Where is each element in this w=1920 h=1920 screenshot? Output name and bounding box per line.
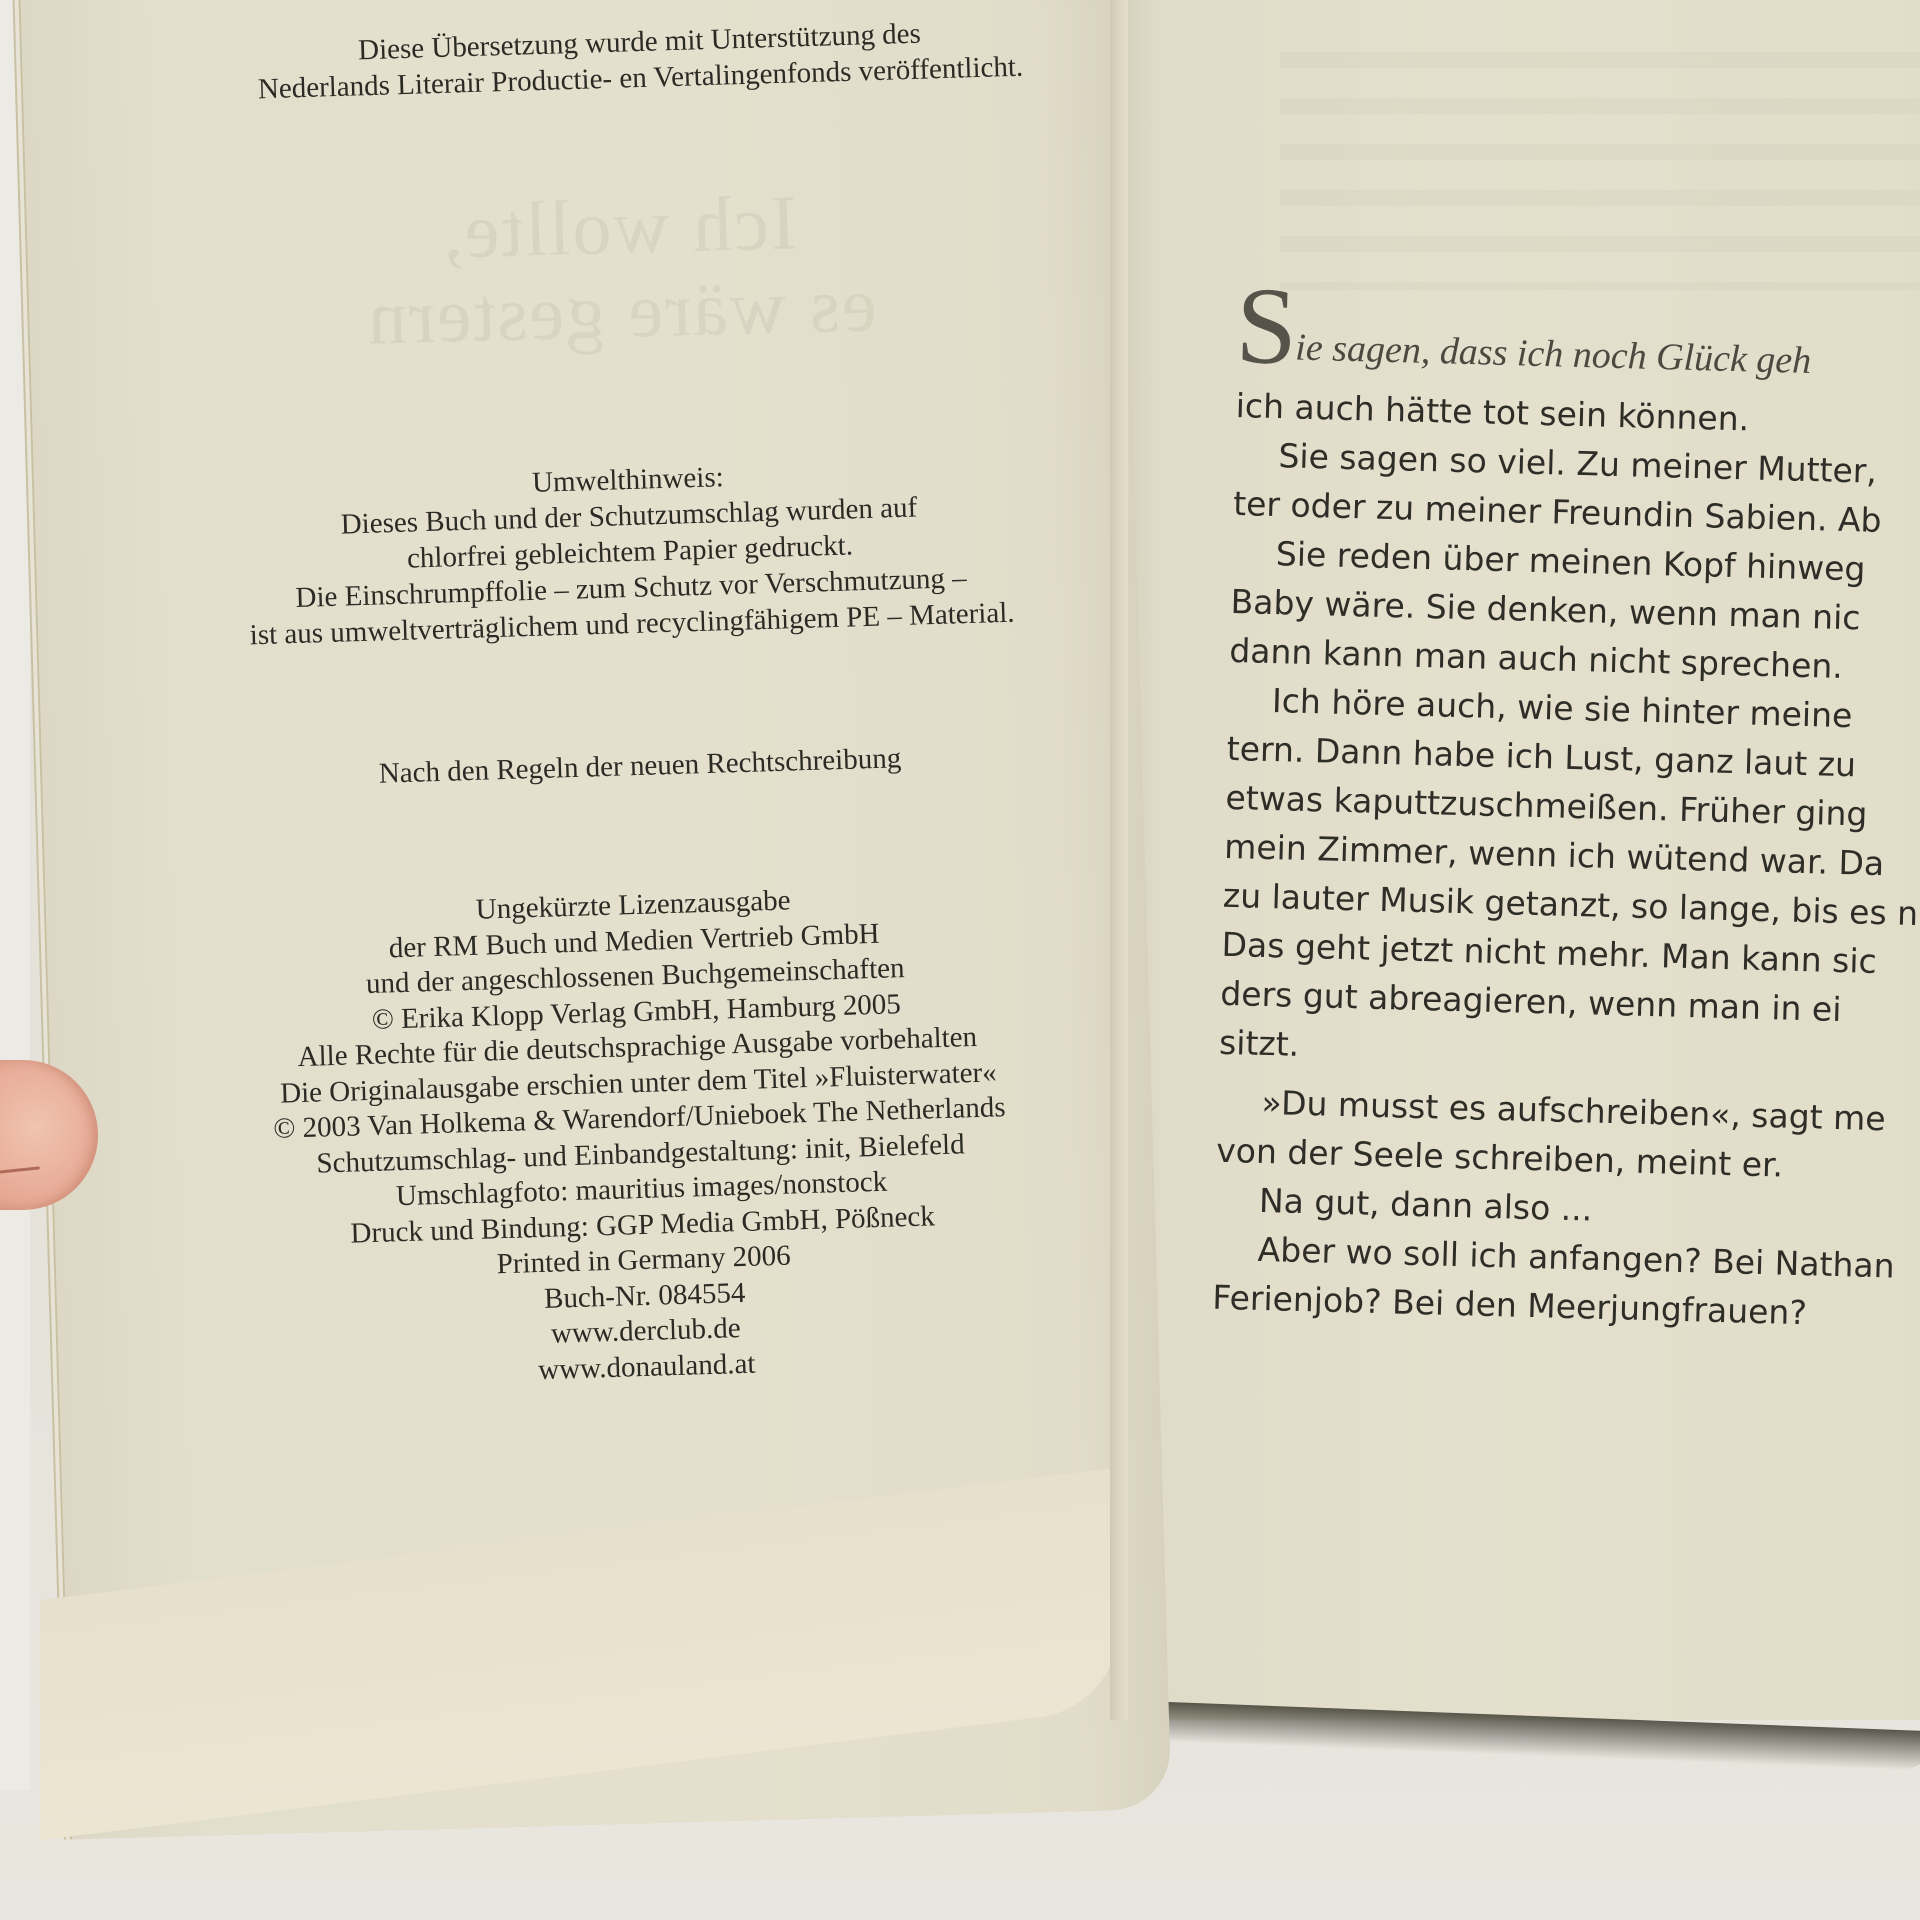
right-page-show-through xyxy=(1280,30,1920,290)
book-photo: Ich wollte, es wäre gestern Diese Überse… xyxy=(0,0,1920,1920)
environment-notice: Umwelthinweis: Dieses Buch und der Schut… xyxy=(198,449,1063,654)
license-block: Ungekürzte Lizenzausgabe der RM Buch und… xyxy=(193,875,1087,1398)
story-text: S ie sagen, dass ich noch Glück geh ich … xyxy=(1212,322,1920,1342)
book-gutter xyxy=(1110,0,1128,1720)
ghost-line: es wäre gestern xyxy=(340,262,902,361)
drop-cap: S xyxy=(1234,270,1298,382)
show-through-title: Ich wollte, es wäre gestern xyxy=(338,178,902,361)
opening-line-text: ie sagen, dass ich noch Glück geh xyxy=(1295,327,1812,382)
background-surface xyxy=(0,0,30,1790)
